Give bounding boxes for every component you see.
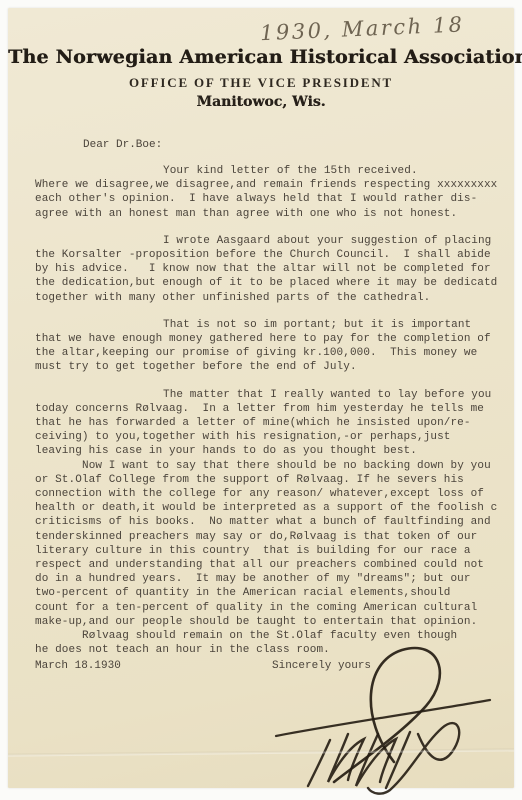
typewritten-line: connection with the college for any reas… xyxy=(35,487,509,501)
paragraph: Your kind letter of the 15th received.Wh… xyxy=(35,164,509,221)
typewritten-line: I wrote Aasgaard about your suggestion o… xyxy=(35,234,509,248)
typewritten-line: Where we disagree,we disagree,and remain… xyxy=(35,178,509,192)
handwritten-date-annotation: 1930, March 18 xyxy=(260,11,501,45)
typewritten-line: or St.Olaf College from the support of R… xyxy=(35,473,509,487)
paragraph: The matter that I really wanted to lay b… xyxy=(35,388,509,658)
typewritten-line: that we have enough money gathered here … xyxy=(35,332,509,346)
typewritten-line: literary culture in this country that is… xyxy=(35,544,509,558)
typewritten-line: criticisms of his books. No matter what … xyxy=(35,515,509,529)
letter-body: Your kind letter of the 15th received.Wh… xyxy=(35,164,509,658)
typewritten-line: Now I want to say that there should be n… xyxy=(35,459,509,473)
paragraph: That is not so im portant; but it is imp… xyxy=(35,318,509,375)
typewritten-line: together with many other unfinished part… xyxy=(35,291,509,305)
typewritten-line: health or death,it would be interpreted … xyxy=(35,501,509,515)
typewritten-line: leaving his case in your hands to do as … xyxy=(35,444,509,458)
signature-scribble-icon xyxy=(252,640,508,796)
typewritten-line: must try to get together before the end … xyxy=(35,360,509,374)
typewritten-line: The matter that I really wanted to lay b… xyxy=(35,388,509,402)
typewritten-line: tenderskinned preachers may say or do,Rø… xyxy=(35,530,509,544)
typewritten-line: the altar,keeping our promise of giving … xyxy=(35,346,509,360)
typewritten-line: two-percent of quantity in the American … xyxy=(35,586,509,600)
typewritten-line: make-up,and our people should be taught … xyxy=(35,615,509,629)
typewritten-line: respect and understanding that all our p… xyxy=(35,558,509,572)
typewritten-line: the Korsalter -proposition before the Ch… xyxy=(35,248,509,262)
paragraph: I wrote Aasgaard about your suggestion o… xyxy=(35,234,509,305)
city-line: Manitowoc, Wis. xyxy=(8,94,514,110)
typewritten-line: ceiving) to you,together with his resign… xyxy=(35,430,509,444)
typewritten-line: today concerns Rølvaag. In a letter from… xyxy=(35,402,509,416)
scanned-letter: 1930, March 18 The Norwegian American Hi… xyxy=(0,0,522,800)
typewritten-line: that he has forwarded a letter of mine(w… xyxy=(35,416,509,430)
office-line: OFFICE OF THE VICE PRESIDENT xyxy=(8,75,514,91)
typewritten-line: the dedication,but enough of it to be pl… xyxy=(35,276,509,290)
organization-name: The Norwegian American Historical Associ… xyxy=(8,46,514,68)
typewritten-line: That is not so im portant; but it is imp… xyxy=(35,318,509,332)
typewritten-line: agree with an honest man than agree with… xyxy=(35,207,509,221)
typed-date: March 18.1930 xyxy=(35,660,121,672)
typewritten-line: by his advice. I know now that the altar… xyxy=(35,262,509,276)
letterhead: The Norwegian American Historical Associ… xyxy=(8,46,514,110)
letter-paper: 1930, March 18 The Norwegian American Hi… xyxy=(8,8,514,788)
typewritten-line: each other's opinion. I have always held… xyxy=(35,192,509,206)
typewritten-line: Your kind letter of the 15th received. xyxy=(35,164,509,178)
salutation: Dear Dr.Boe: xyxy=(83,139,162,151)
typewritten-line: do in a hundred years. It may be another… xyxy=(35,572,509,586)
typewritten-line: count for a ten-percent of quality in th… xyxy=(35,601,509,615)
